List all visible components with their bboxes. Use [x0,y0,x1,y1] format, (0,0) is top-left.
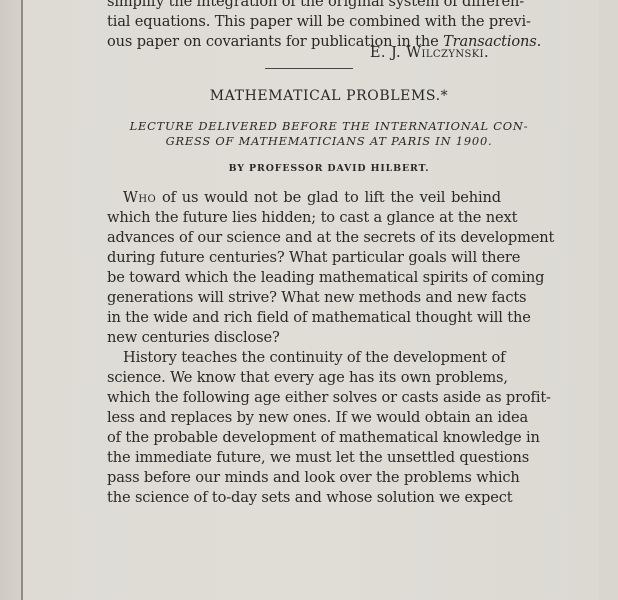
section-divider [265,68,353,69]
text-line: be toward which the leading mathematical… [107,268,501,288]
text-line: tial equations. This paper will be combi… [107,12,501,32]
text-line: new centuries disclose? [107,328,501,348]
left-book-margin [0,0,22,600]
text-segment: of us would not be glad to lift the veil… [156,189,501,206]
author-signature: E. J. Wilczynski. [107,43,501,63]
text-line: the science of to-day sets and whose sol… [107,488,501,508]
text-line: advances of our science and at the secre… [107,228,501,248]
text-line: which the future lies hidden; to cast a … [107,208,501,228]
lead-word: Who [123,189,156,206]
text-line: pass before our minds and look over the … [107,468,501,488]
article-byline: BY PROFESSOR DAVID HILBERT. [23,163,599,174]
text-line: the immediate future, we must let the un… [107,448,501,468]
text-line: in the wide and rich field of mathematic… [107,308,501,328]
article-subtitle-line-1: LECTURE DELIVERED BEFORE THE INTERNATION… [23,119,599,133]
text-line: science. We know that every age has its … [107,368,501,388]
text-line: during future centuries? What particular… [107,248,501,268]
text-line: of the probable development of mathemati… [107,428,501,448]
text-line: less and replaces by new ones. If we wou… [107,408,501,428]
article-subtitle-line-2: GRESS OF MATHEMATICIANS AT PARIS IN 1900… [23,134,599,148]
text-line: generations will strive? What new method… [107,288,501,308]
article-title: MATHEMATICAL PROBLEMS.* [23,88,599,104]
text-line: Who of us would not be glad to lift the … [107,188,501,208]
text-line: which the following age either solves or… [107,388,501,408]
book-page: simplify the integration of the original… [23,0,599,600]
text-line: simplify the integration of the original… [107,0,501,12]
text-line: History teaches the continuity of the de… [107,348,501,368]
